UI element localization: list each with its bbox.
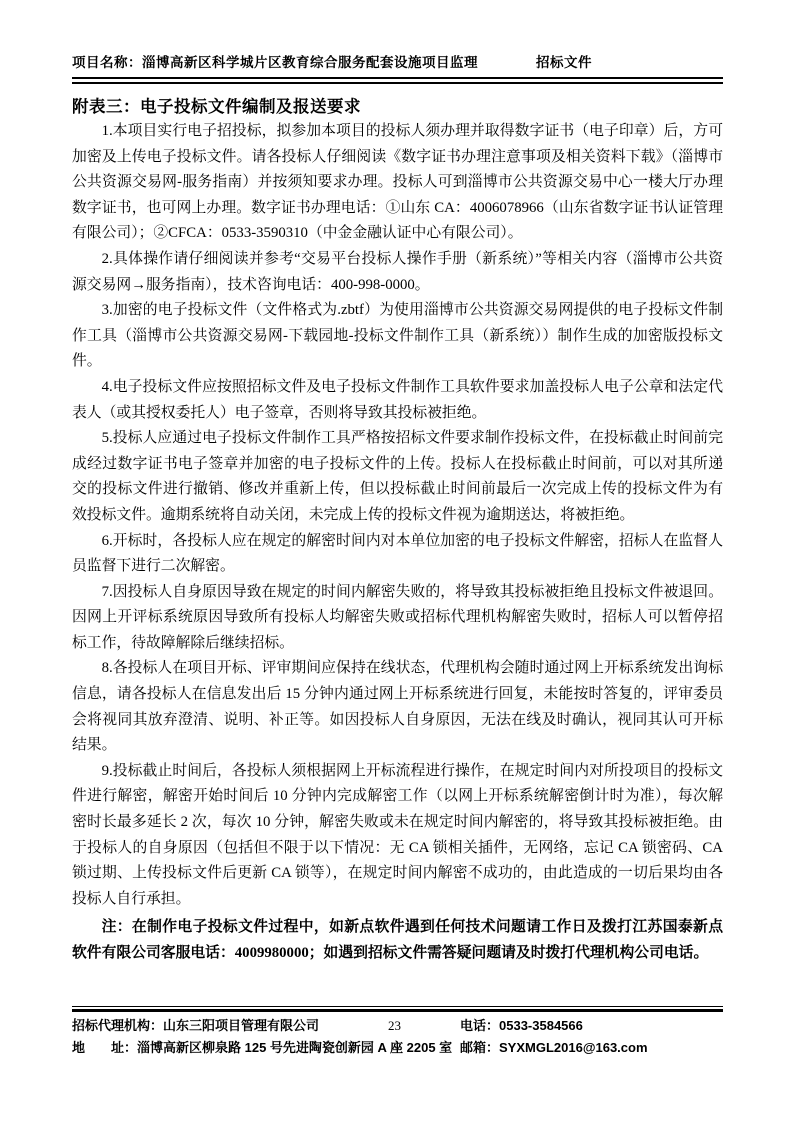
body-paragraph-8: 8.各投标人在项目开标、评审期间应保持在线状态，代理机构会随时通过网上开标系统发… bbox=[72, 656, 723, 758]
footer-email-line: 邮箱：SYXMGL2016@163.com bbox=[460, 1037, 648, 1059]
body-paragraph-2: 2.具体操作请仔细阅读并参考“交易平台投标人操作手册（新系统）”等相关内容（淄博… bbox=[72, 247, 723, 298]
body-paragraph-1: 1.本项目实行电子招投标，拟参加本项目的投标人须办理并取得数字证书（电子印章）后… bbox=[72, 119, 723, 247]
footer-right-column: 电话：0533-3584566 邮箱：SYXMGL2016@163.com bbox=[460, 1015, 648, 1058]
footer-phone-line: 电话：0533-3584566 bbox=[460, 1015, 648, 1037]
body-paragraph-4: 4.电子投标文件应按照招标文件及电子投标文件制作工具软件要求加盖投标人电子公章和… bbox=[72, 375, 723, 426]
body-paragraph-5: 5.投标人应通过电子投标文件制作工具严格按招标文件要求制作投标文件，在投标截止时… bbox=[72, 426, 723, 528]
body-paragraph-9: 9.投标截止时间后，各投标人须根据网上开标流程进行操作，在规定时间内对所投项目的… bbox=[72, 759, 723, 913]
body-paragraph-3: 3.加密的电子投标文件（文件格式为.zbtf）为使用淄博市公共资源交易网提供的电… bbox=[72, 298, 723, 375]
header-double-rule bbox=[72, 77, 723, 84]
footer-content: 招标代理机构：山东三阳项目管理有限公司 地 址：淄博高新区柳泉路 125 号先进… bbox=[72, 1015, 723, 1058]
body-paragraph-7: 7.因投标人自身原因导致在规定的时间内解密失败的，将导致其投标被拒绝且投标文件被… bbox=[72, 580, 723, 657]
body-text: 1.本项目实行电子招投标，拟参加本项目的投标人须办理并取得数字证书（电子印章）后… bbox=[72, 119, 723, 967]
header-project-name: 项目名称：淄博高新区科学城片区教育综合服务配套设施项目监理 bbox=[72, 51, 536, 71]
page-footer: 招标代理机构：山东三阳项目管理有限公司 地 址：淄博高新区柳泉路 125 号先进… bbox=[72, 1006, 723, 1058]
footer-double-rule bbox=[72, 1006, 723, 1012]
note-paragraph: 注：在制作电子投标文件过程中，如新点软件遇到任何技术问题请工作日及拨打江苏国泰新… bbox=[72, 915, 723, 966]
footer-page-number: 23 bbox=[388, 1015, 401, 1037]
document-page: 项目名称：淄博高新区科学城片区教育综合服务配套设施项目监理 招标文件 附表三：电… bbox=[0, 0, 793, 1122]
page-title: 附表三：电子投标文件编制及报送要求 bbox=[72, 93, 361, 117]
header-doc-type: 招标文件 bbox=[536, 51, 592, 71]
body-paragraph-6: 6.开标时，各投标人应在规定的解密时间内对本单位加密的电子投标文件解密，招标人在… bbox=[72, 529, 723, 580]
page-header: 项目名称：淄博高新区科学城片区教育综合服务配套设施项目监理 招标文件 bbox=[72, 51, 723, 71]
